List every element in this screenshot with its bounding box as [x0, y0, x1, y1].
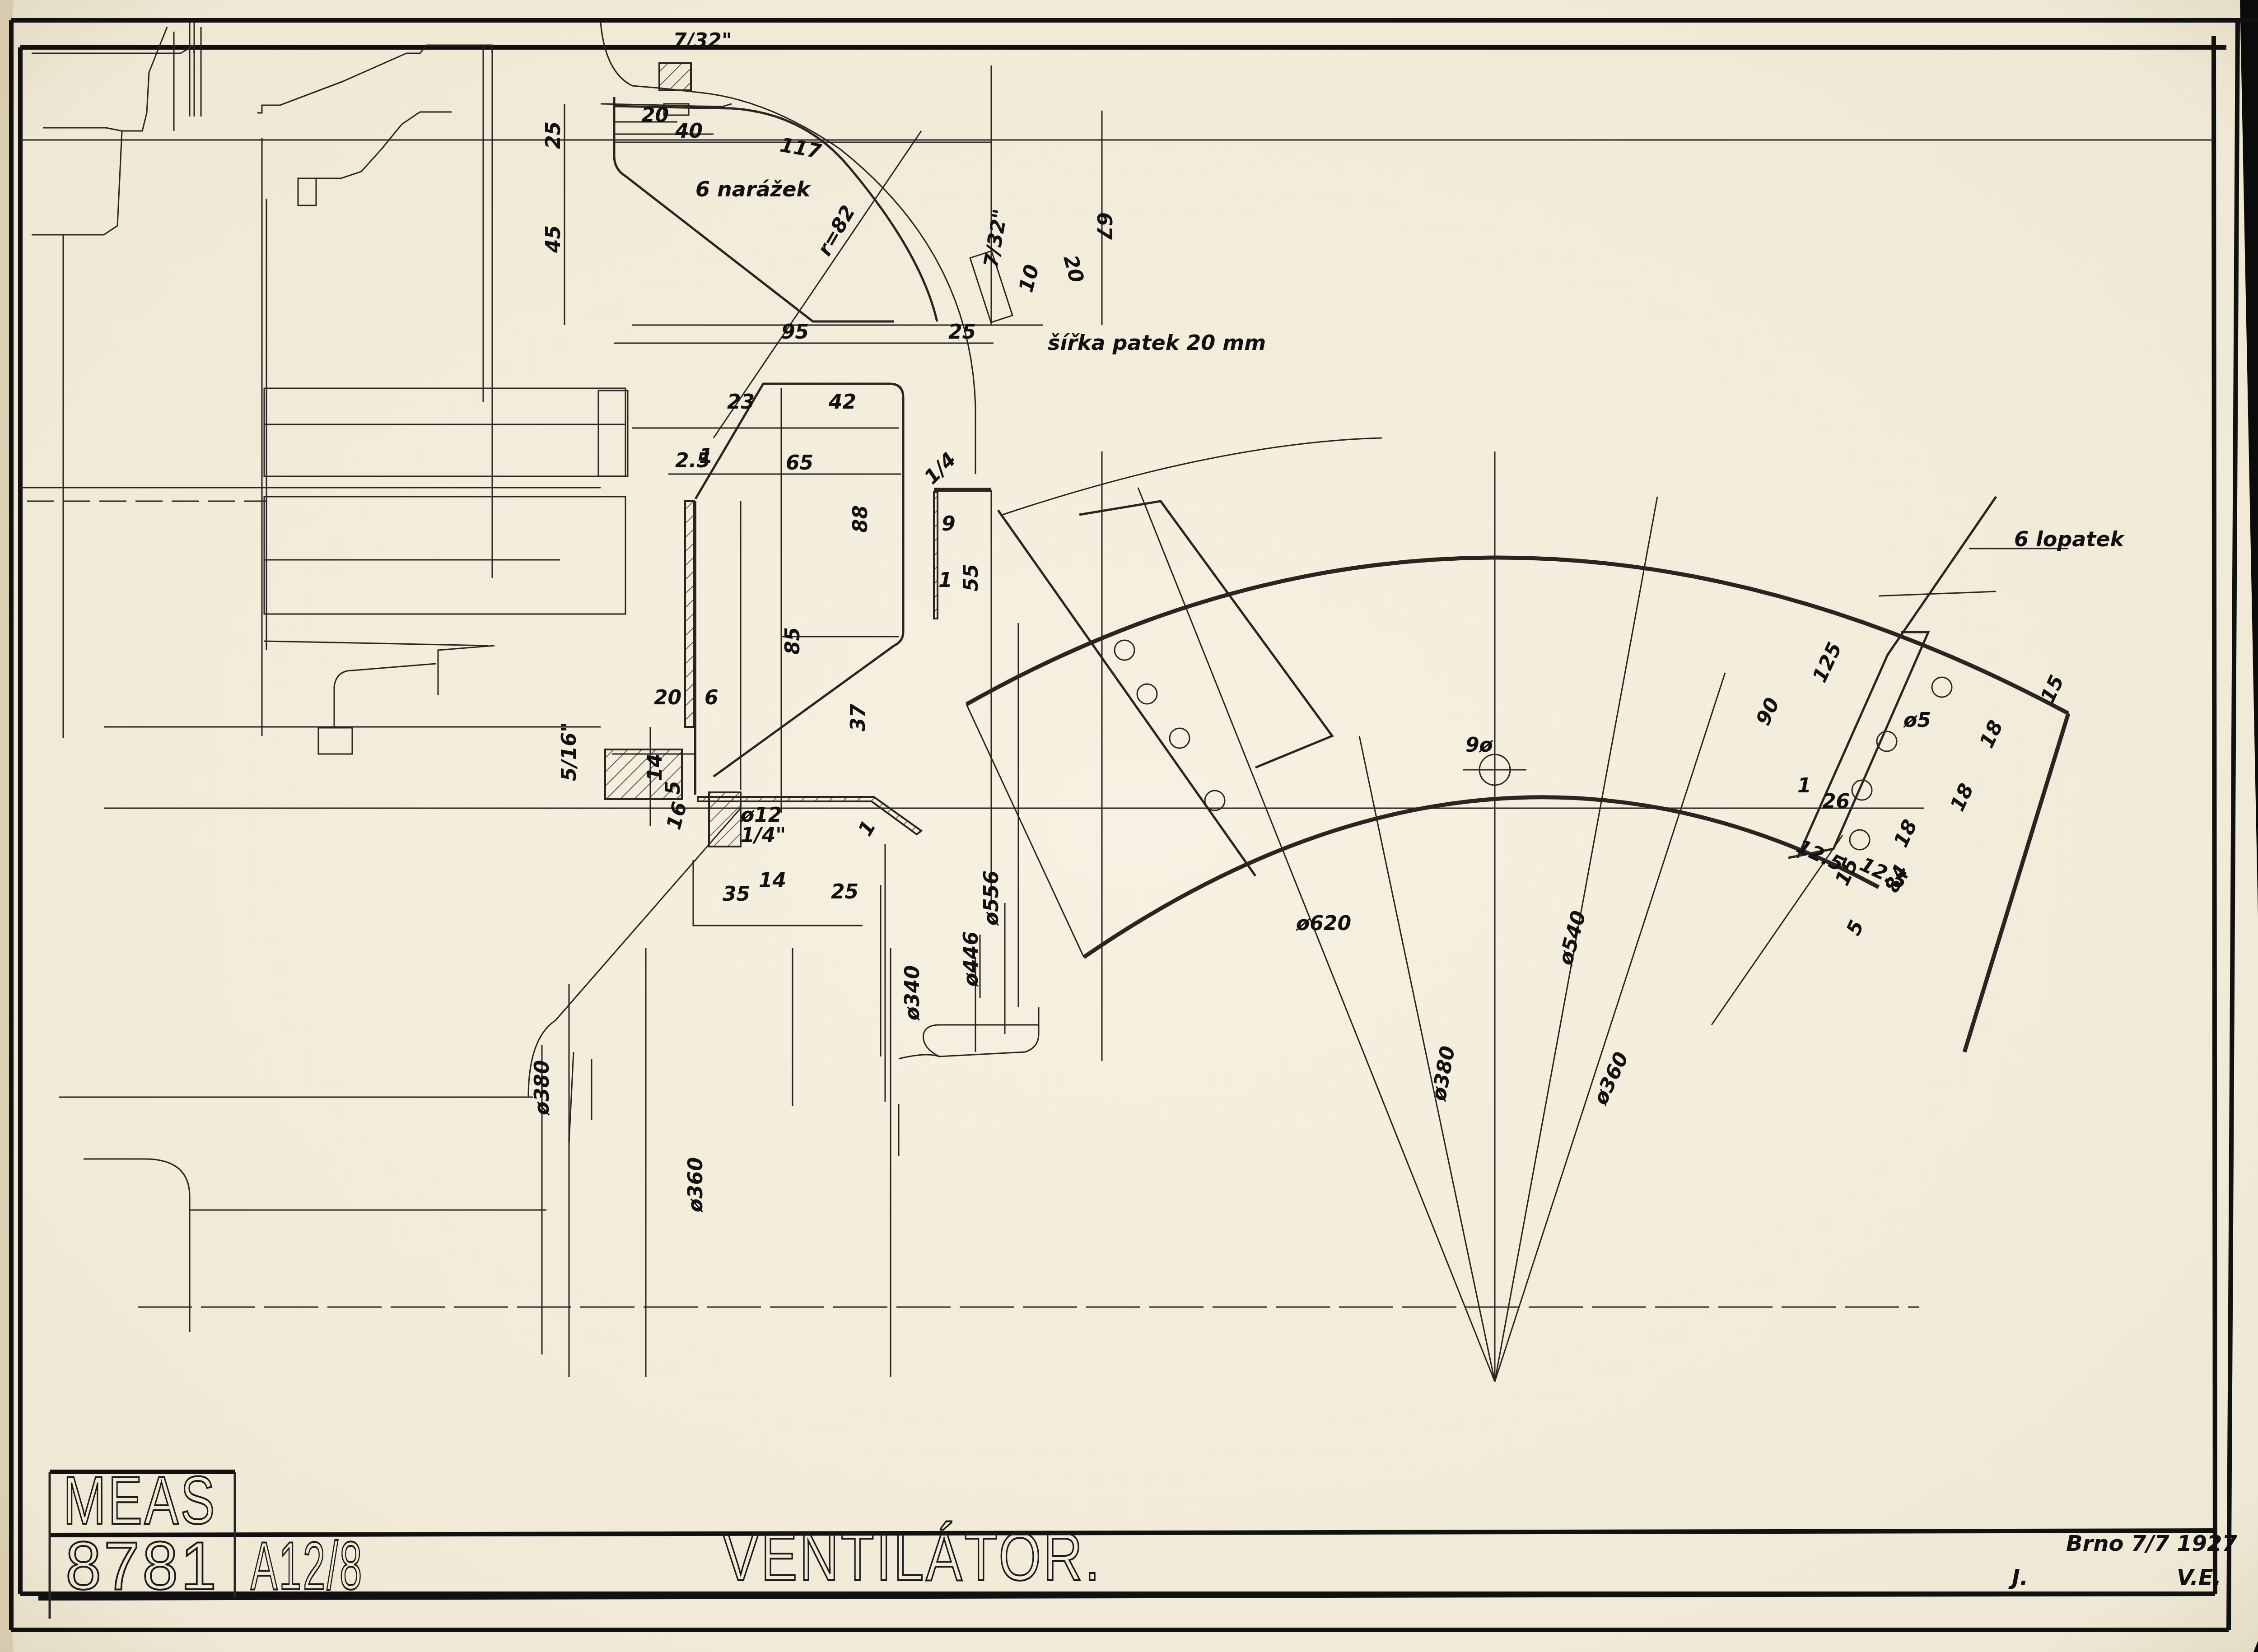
svg-text:14: 14 — [644, 754, 667, 781]
svg-text:20: 20 — [654, 686, 681, 709]
sheet-code: A12/8 — [251, 1528, 364, 1604]
svg-text:9ø: 9ø — [1465, 734, 1493, 757]
svg-text:ø12: ø12 — [740, 804, 782, 827]
svg-text:ø340: ø340 — [901, 965, 924, 1021]
svg-text:65: 65 — [786, 451, 813, 475]
svg-text:6 lopatek: 6 lopatek — [2014, 527, 2125, 551]
svg-text:88: 88 — [849, 505, 872, 533]
svg-text:25: 25 — [542, 121, 565, 149]
svg-text:ø5: ø5 — [1903, 709, 1931, 732]
svg-text:45: 45 — [542, 225, 565, 253]
svg-text:ø380: ø380 — [531, 1060, 554, 1116]
place-date: Brno 7/7 1927 — [2066, 1531, 2237, 1556]
svg-text:ø620: ø620 — [1296, 912, 1351, 935]
svg-text:ø446: ø446 — [960, 931, 983, 987]
svg-text:67: 67 — [1092, 212, 1115, 240]
svg-text:1: 1 — [1797, 774, 1811, 797]
svg-text:35: 35 — [723, 883, 750, 906]
svg-text:23: 23 — [727, 391, 755, 414]
svg-text:20: 20 — [641, 104, 669, 127]
svg-text:25: 25 — [831, 880, 858, 903]
svg-text:5: 5 — [662, 781, 685, 795]
svg-text:6 narážek: 6 narážek — [695, 177, 812, 201]
svg-text:42: 42 — [828, 391, 856, 414]
svg-text:ø360: ø360 — [684, 1157, 707, 1213]
drawing-title: VENTILÁTOR. — [723, 1519, 1102, 1595]
drawing-number: 8781 — [65, 1528, 219, 1604]
svg-text:ø556: ø556 — [980, 870, 1003, 926]
svg-text:37: 37 — [847, 703, 870, 731]
company-name: MEAS — [63, 1462, 217, 1538]
svg-text:14: 14 — [759, 869, 786, 892]
svg-text:26: 26 — [1822, 790, 1850, 813]
initials-right: V.E. — [2177, 1565, 2221, 1590]
drawing-canvas: 7/32" 20 40 117 25 45 67 95 25 20 10 7/3… — [0, 0, 2258, 1652]
svg-text:85: 85 — [781, 627, 804, 655]
svg-text:1: 1 — [938, 569, 952, 592]
svg-text:9: 9 — [942, 512, 956, 535]
svg-text:1: 1 — [699, 445, 713, 468]
engineering-drawing-sheet: 7/32" 20 40 117 25 45 67 95 25 20 10 7/3… — [0, 0, 2258, 1652]
svg-text:25: 25 — [948, 321, 976, 344]
svg-text:5/16": 5/16" — [558, 722, 581, 781]
svg-text:95: 95 — [781, 321, 809, 344]
svg-text:55: 55 — [960, 564, 983, 591]
svg-text:šířka patek 20 mm: šířka patek 20 mm — [1048, 330, 1266, 355]
svg-text:1/4": 1/4" — [741, 824, 786, 847]
svg-text:6: 6 — [704, 686, 718, 709]
svg-text:7/32": 7/32" — [673, 29, 732, 52]
svg-text:40: 40 — [675, 120, 703, 143]
